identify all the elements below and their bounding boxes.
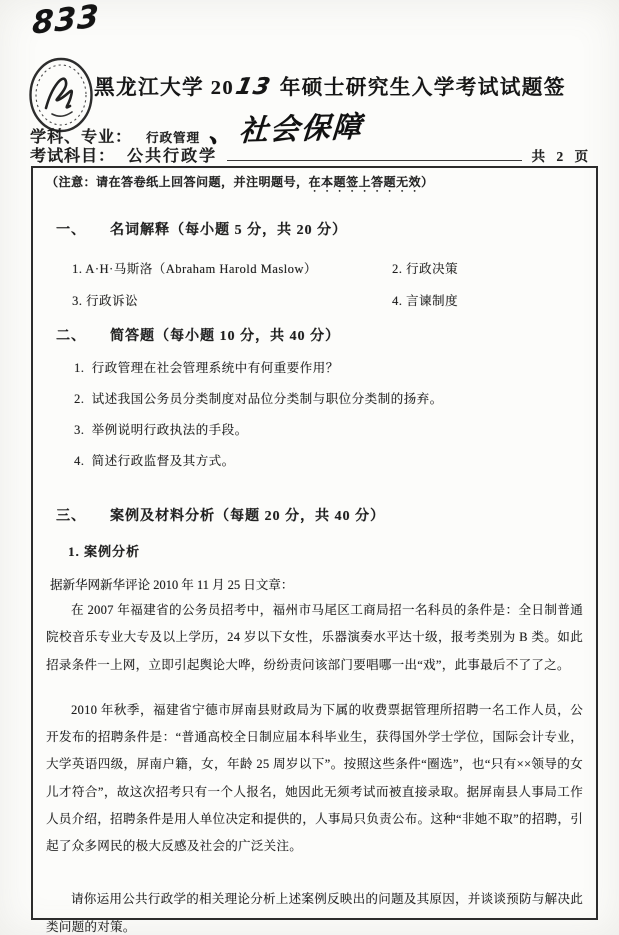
section-one-items: 1. A·H·马斯洛（Abraham Harold Maslow） 2. 行政决…	[72, 259, 583, 309]
section-three-title: 案例及材料分析（每题 20 分，共 40 分）	[110, 505, 385, 525]
answer-sheet-notice: （注意：请在答卷纸上回答问题，并注明题号，在本题签上答题无效）	[46, 173, 583, 195]
section-two-title: 简答题（每小题 10 分，共 40 分）	[110, 325, 340, 345]
notice-suffix: ）	[421, 175, 434, 189]
notice-prefix: （注意：请在答卷纸上回答问题，并注明题号，	[46, 175, 309, 189]
fill-in-rule	[227, 146, 521, 161]
section-one-number: 一、	[56, 219, 86, 239]
term-item: 1. A·H·马斯洛（Abraham Harold Maslow）	[72, 259, 392, 277]
title-prefix: 黑龙江大学 20	[94, 77, 234, 99]
term-item: 2. 行政决策	[392, 259, 583, 277]
section-three-number: 三、	[56, 505, 86, 525]
section-two-heading: 二、 简答题（每小题 10 分，共 40 分）	[56, 325, 583, 345]
case-analysis-label: 1. 案例分析	[68, 541, 583, 560]
total-pages-note: 共 2 页	[532, 145, 593, 165]
case-paragraph: 在 2007 年福建省的公务员招考中，福州市马尾区工商局招一名科员的条件是：全日…	[46, 597, 583, 679]
handwritten-page-number: 833	[32, 0, 101, 42]
section-three-heading: 三、 案例及材料分析（每题 20 分，共 40 分）	[56, 505, 583, 525]
section-one-title: 名词解释（每小题 5 分，共 20 分）	[110, 219, 347, 239]
short-answer-item: 2. 试述我国公务员分类制度对品位分类制与职位分类制的扬弃。	[74, 389, 583, 407]
section-one-heading: 一、 名词解释（每小题 5 分，共 20 分）	[56, 219, 583, 239]
case-source-line: 据新华网新华评论 2010 年 11 月 25 日文章：	[50, 575, 583, 593]
exam-paper-page: 833 黑龙江大学 2013 年硕士研究生入学考试试题签 学科、专业： 行政管理…	[0, 0, 619, 935]
section-two-number: 二、	[56, 325, 86, 345]
case-paragraph: 2010 年秋季，福建省宁德市屏南县财政局为下属的收费票据管理所招聘一名工作人员…	[46, 697, 583, 861]
handwritten-year: 13	[233, 74, 274, 100]
short-answer-item: 1. 行政管理在社会管理系统中有何重要作用？	[74, 358, 583, 376]
short-answer-item: 3. 举例说明行政执法的手段。	[74, 420, 583, 438]
question-content-box: （注意：请在答卷纸上回答问题，并注明题号，在本题签上答题无效） 一、 名词解释（…	[31, 166, 598, 920]
exam-subject-line: 考试科目： 公共行政学 共 2 页	[30, 143, 592, 166]
term-item: 3. 行政诉讼	[72, 291, 392, 309]
exam-subject-value: 公共行政学	[127, 143, 217, 166]
title-suffix: 年硕士研究生入学考试试题签	[273, 77, 566, 99]
short-answer-item: 4. 简述行政监督及其方式。	[74, 451, 583, 469]
page-title: 黑龙江大学 2013 年硕士研究生入学考试试题签	[94, 70, 604, 100]
term-item: 4. 言谏制度	[392, 291, 583, 309]
subject-specialty-line: 学科、专业： 行政管理 、社会保障	[30, 110, 590, 146]
notice-emphasized: 在本题签上答题无效	[309, 175, 422, 189]
exam-subject-label: 考试科目：	[30, 143, 115, 166]
case-question-paragraph: 请你运用公共行政学的相关理论分析上述案例反映出的问题及其原因，并谈谈预防与解决此…	[46, 886, 583, 935]
